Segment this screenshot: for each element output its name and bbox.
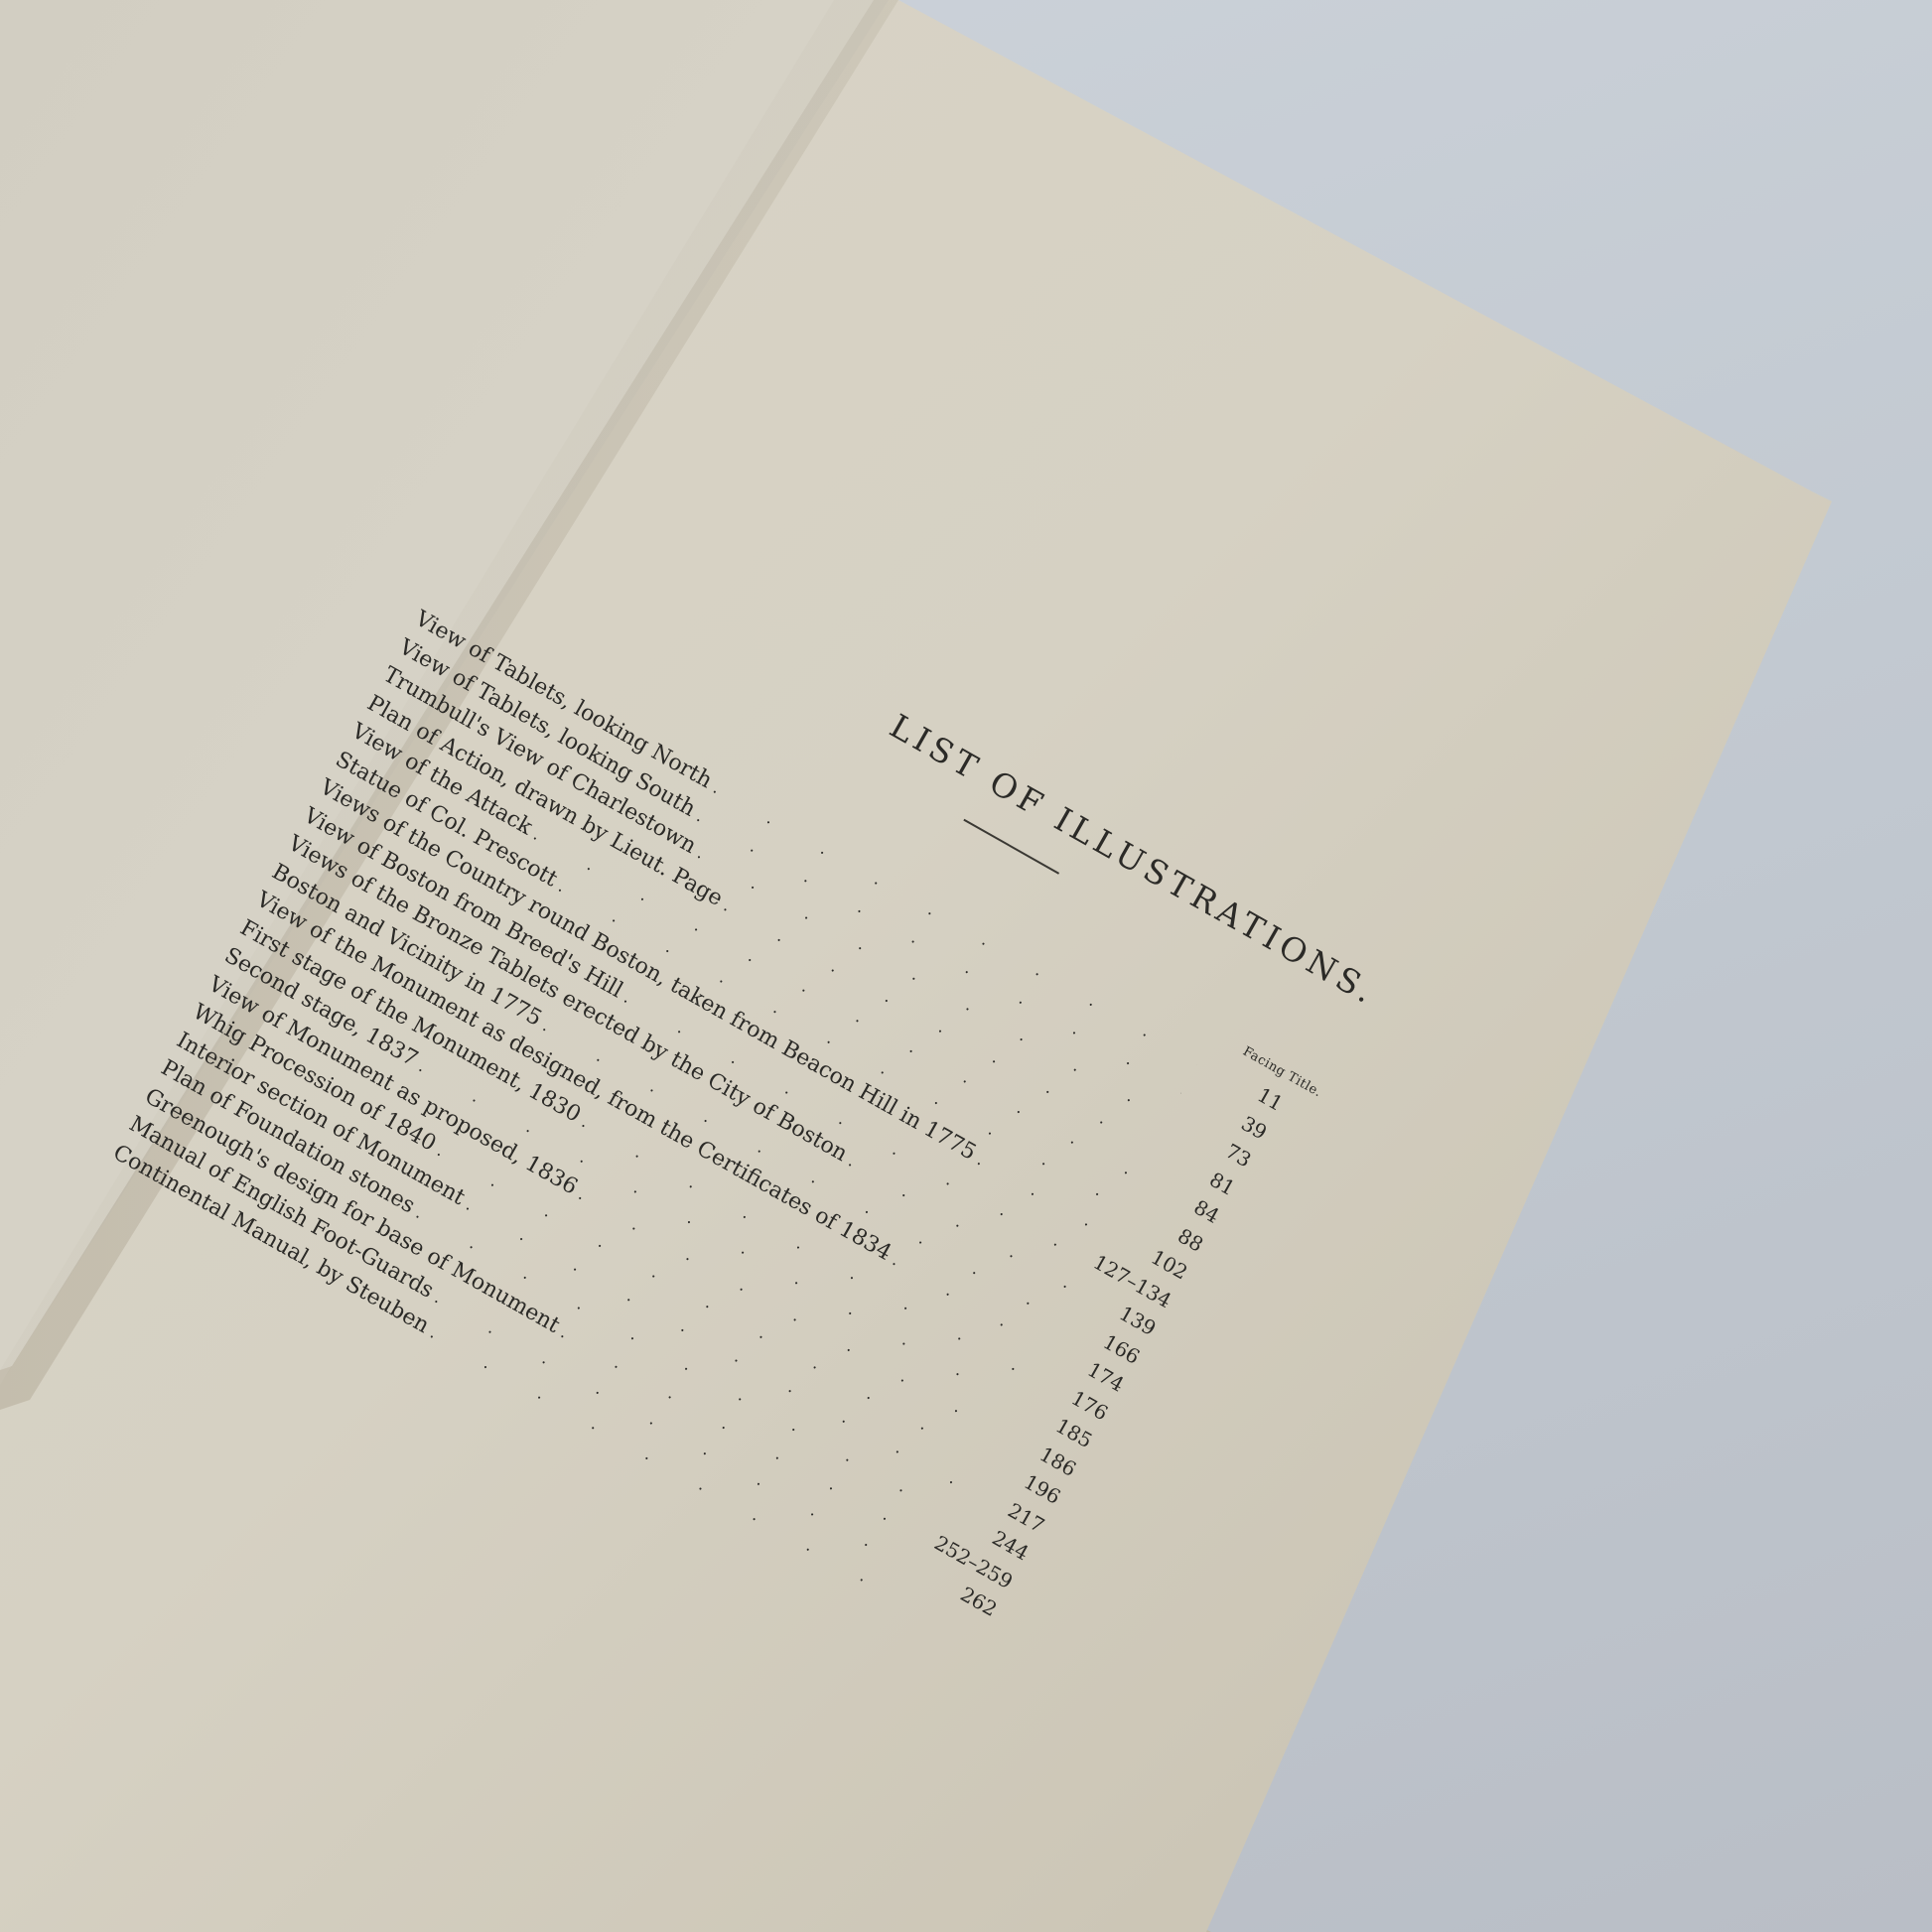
book-photo: LIST OF ILLUSTRATIONS. Facing Title. Vie… (0, 0, 1932, 1932)
